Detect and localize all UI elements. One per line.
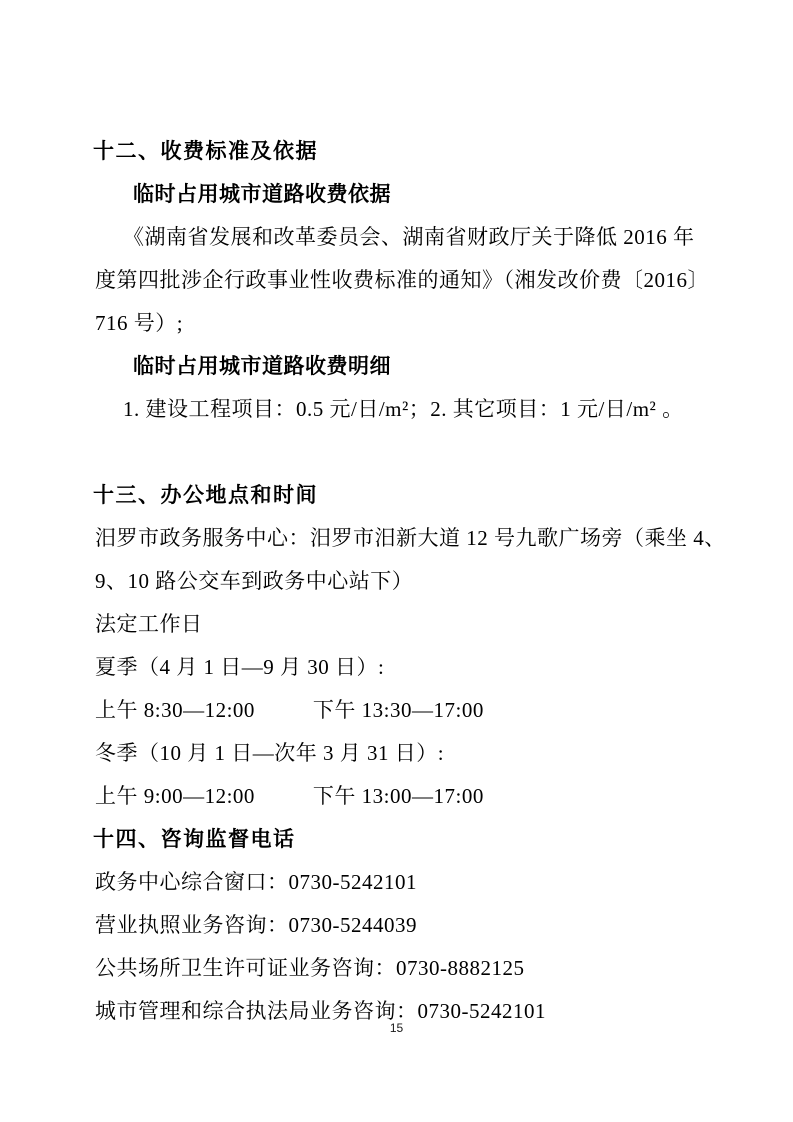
fee-detail-title: 临时占用城市道路收费明细 [95, 345, 710, 388]
summer-am-time: 上午 8:30—12:00 [95, 698, 255, 722]
section-office-heading: 十三、办公地点和时间 [93, 474, 710, 517]
fee-basis-line-3: 716 号）; [95, 302, 710, 345]
document-page: 十二、收费标准及依据 临时占用城市道路收费依据 《湖南省发展和改革委员会、湖南省… [0, 0, 793, 1122]
office-address-line-2: 9、10 路公交车到政务中心站下） [95, 560, 710, 603]
workdays-label: 法定工作日 [95, 603, 710, 646]
section-phones-heading: 十四、咨询监督电话 [93, 818, 710, 861]
fee-basis-line-2: 度第四批涉企行政事业性收费标准的通知》（湘发改价费〔2016〕 [95, 259, 710, 302]
page-number: 15 [0, 1020, 793, 1036]
winter-schedule-times: 上午 9:00—12:00下午 13:00—17:00 [95, 775, 710, 818]
winter-am-time: 上午 9:00—12:00 [95, 784, 255, 808]
section-fees-heading: 十二、收费标准及依据 [93, 130, 710, 173]
summer-schedule-label: 夏季（4 月 1 日—9 月 30 日）: [95, 646, 710, 689]
office-address-line-1: 汨罗市政务服务中心：汨罗市汨新大道 12 号九歌广场旁（乘坐 4、 [95, 517, 710, 560]
summer-pm-time: 下午 13:30—17:00 [313, 698, 484, 722]
winter-schedule-label: 冬季（10 月 1 日—次年 3 月 31 日）: [95, 732, 710, 775]
summer-schedule-times: 上午 8:30—12:00下午 13:30—17:00 [95, 689, 710, 732]
fee-basis-line-1: 《湖南省发展和改革委员会、湖南省财政厅关于降低 2016 年 [95, 216, 710, 259]
winter-pm-time: 下午 13:00—17:00 [313, 784, 484, 808]
phone-line-public-health-permit: 公共场所卫生许可证业务咨询：0730-8882125 [95, 947, 710, 990]
blank-line [95, 431, 710, 474]
fee-detail-text: 1. 建设工程项目：0.5 元/日/m²；2. 其它项目：1 元/日/m² 。 [95, 388, 710, 431]
phone-line-service-center: 政务中心综合窗口：0730-5242101 [95, 861, 710, 904]
phone-line-business-license: 营业执照业务咨询：0730-5244039 [95, 904, 710, 947]
fee-basis-title: 临时占用城市道路收费依据 [95, 173, 710, 216]
document-content: 十二、收费标准及依据 临时占用城市道路收费依据 《湖南省发展和改革委员会、湖南省… [95, 130, 710, 1033]
